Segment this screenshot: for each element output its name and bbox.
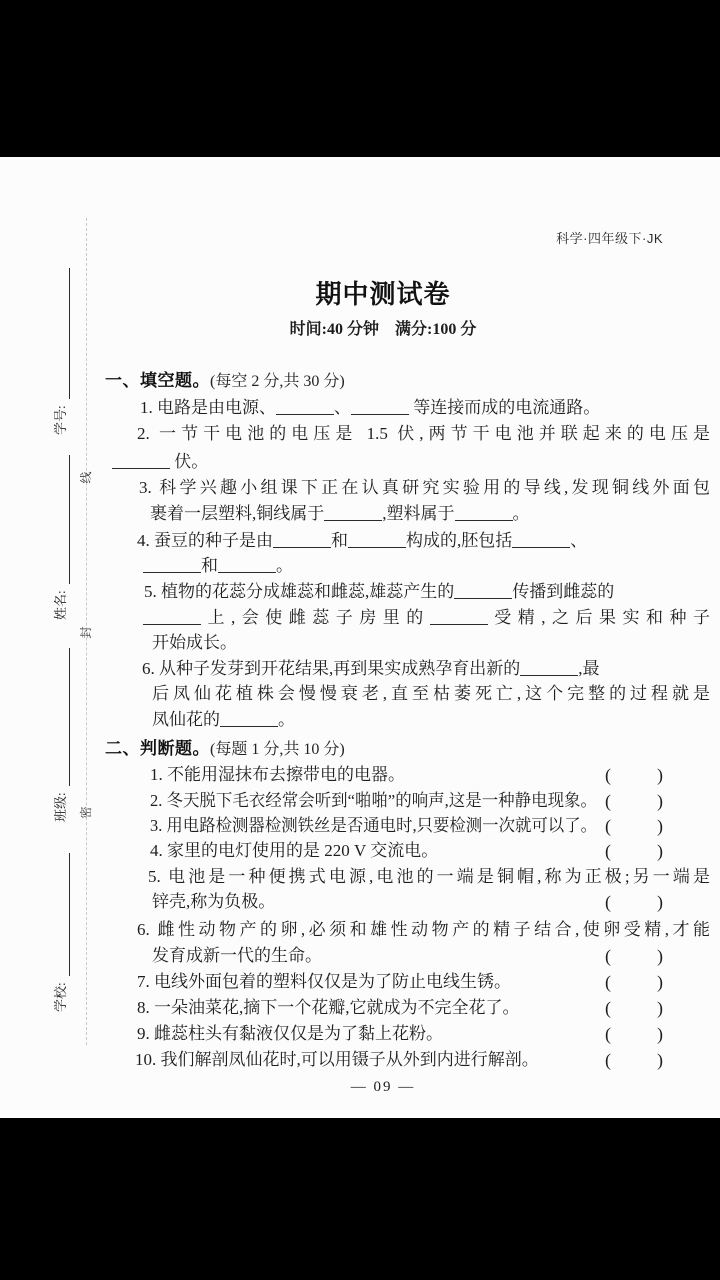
judgement-answer-bracket: () <box>605 762 663 788</box>
question-text: 8. 一朵油菜花,摘下一个花瓣,它就成为不完全花了。 <box>137 998 520 1017</box>
question-text: 后凤仙花植株会慢慢衰老,直至枯萎死亡,这个完整的过程就是 <box>152 684 710 703</box>
bracket-open: ( <box>605 995 611 1021</box>
exam-line: 一、填空题。(每空 2 分,共 30 分) <box>105 368 345 394</box>
exam-meta: 时间:40 分钟 满分:100 分 <box>46 320 720 340</box>
line-content: 上,会使雌蕊子房里的受精,之后果实和种子 <box>143 608 710 627</box>
fill-in-blank <box>512 533 570 548</box>
exam-line: 5. 电池是一种便携式电源,电池的一端是铜帽,称为正极;另一端是 <box>148 864 710 890</box>
fill-in-blank <box>112 454 170 469</box>
question-text: 。 <box>513 504 530 523</box>
margin-field-student-no: 学号: <box>50 268 70 435</box>
bracket-open: ( <box>605 969 611 995</box>
line-content: 7. 电线外面包着的塑料仅仅是为了防止电线生锈。 <box>137 972 511 991</box>
margin-field-label: 学号: <box>52 405 70 435</box>
exam-title: 期中测试卷 <box>46 281 720 309</box>
fill-in-blank <box>324 506 382 521</box>
section-score-note: (每题 1 分,共 10 分) <box>210 741 345 758</box>
question-text: 和 <box>331 531 348 550</box>
exam-line: 10. 我们解剖凤仙花时,可以用镊子从外到内进行解剖。() <box>135 1047 663 1073</box>
letterbox-top <box>0 0 720 157</box>
line-content: 开始成长。 <box>152 633 237 652</box>
line-content: 4. 家里的电灯使用的是 220 V 交流电。 <box>150 841 438 860</box>
line-content: 4. 蚕豆的种子是由和构成的,胚包括、 <box>137 528 587 554</box>
exam-line: 6. 从种子发芽到开花结果,再到果实成熟孕育出新的,最 <box>142 656 710 682</box>
question-text: 2. 一节干电池的电压是 1.5 伏,两节干电池并联起来的电压是 <box>137 424 710 443</box>
fill-in-blank <box>143 558 201 573</box>
exam-line: 4. 家里的电灯使用的是 220 V 交流电。() <box>150 838 663 864</box>
exam-line: 2. 冬天脱下毛衣经常会听到“啪啪”的响声,这是一种静电现象。() <box>150 788 663 814</box>
exam-line: 后凤仙花植株会慢慢衰老,直至枯萎死亡,这个完整的过程就是 <box>152 681 710 707</box>
bracket-close: ) <box>657 813 663 839</box>
fill-in-blank <box>351 400 409 415</box>
question-text: 1. 不能用湿抹布去擦带电的电器。 <box>150 765 405 784</box>
question-text: 2. 冬天脱下毛衣经常会听到“啪啪”的响声,这是一种静电现象。 <box>150 791 597 810</box>
question-text: 凤仙花的 <box>152 710 220 729</box>
question-text: 传播到雌蕊的 <box>512 582 614 601</box>
seal-char-feng: 封 <box>78 624 95 641</box>
line-content: 6. 从种子发芽到开花结果,再到果实成熟孕育出新的,最 <box>142 656 599 682</box>
margin-field-name: 姓名: <box>50 455 70 620</box>
question-text: 和 <box>201 556 218 575</box>
question-text: 6. 从种子发芽到开花结果,再到果实成熟孕育出新的 <box>142 659 520 678</box>
line-content: 2. 一节干电池的电压是 1.5 伏,两节干电池并联起来的电压是 <box>137 424 710 443</box>
judgement-answer-bracket: () <box>605 1047 663 1073</box>
fill-in-blank <box>454 584 512 599</box>
question-text: 等连接而成的电流通路。 <box>409 398 600 417</box>
question-text: ,最 <box>578 659 599 678</box>
line-content: 锌壳,称为负极。 <box>152 892 275 911</box>
question-text: 构成的,胚包括 <box>406 531 512 550</box>
question-text: 9. 雌蕊柱头有黏液仅仅是为了黏上花粉。 <box>137 1024 443 1043</box>
fill-in-blank <box>348 533 406 548</box>
exam-line: 3. 用电路检测器检测铁丝是否通电时,只要检测一次就可以了。() <box>150 813 663 839</box>
question-text: 1. 电路是由电源、 <box>140 398 276 417</box>
question-text: 4. 家里的电灯使用的是 220 V 交流电。 <box>150 841 438 860</box>
section-score-note: (每空 2 分,共 30 分) <box>210 373 345 390</box>
fill-in-blank <box>218 558 276 573</box>
question-text: 5. 电池是一种便携式电源,电池的一端是铜帽,称为正极;另一端是 <box>148 867 710 886</box>
phone-screen: 科学·四年级下·JK 期中测试卷 时间:40 分钟 满分:100 分 — 09 … <box>0 0 720 1280</box>
question-text: 发育成新一代的生命。 <box>152 946 322 965</box>
question-text: 4. 蚕豆的种子是由 <box>137 531 273 550</box>
exam-line: 8. 一朵油菜花,摘下一个花瓣,它就成为不完全花了。() <box>137 995 663 1021</box>
exam-line: 发育成新一代的生命。() <box>152 943 663 969</box>
edition-header: 科学·四年级下·JK <box>556 228 663 247</box>
line-content: 6. 雌性动物产的卵,必须和雄性动物产的精子结合,使卵受精,才能 <box>137 920 710 939</box>
question-text: 7. 电线外面包着的塑料仅仅是为了防止电线生锈。 <box>137 972 511 991</box>
exam-line: 裹着一层塑料,铜线属于,塑料属于。 <box>150 501 530 527</box>
question-text: 裹着一层塑料,铜线属于 <box>150 504 324 523</box>
binding-blank-line <box>52 853 70 976</box>
exam-line: 锌壳,称为负极。() <box>152 889 663 915</box>
bracket-close: ) <box>657 762 663 788</box>
question-text: 。 <box>276 556 293 575</box>
exam-line: 6. 雌性动物产的卵,必须和雄性动物产的精子结合,使卵受精,才能 <box>137 917 710 943</box>
line-content: 5. 电池是一种便携式电源,电池的一端是铜帽,称为正极;另一端是 <box>148 867 710 886</box>
bracket-close: ) <box>657 995 663 1021</box>
line-content: 二、判断题。(每题 1 分,共 10 分) <box>105 739 345 758</box>
binding-blank-line <box>52 648 70 786</box>
exam-line: 二、判断题。(每题 1 分,共 10 分) <box>105 736 345 762</box>
bracket-close: ) <box>657 943 663 969</box>
line-content: 3. 用电路检测器检测铁丝是否通电时,只要检测一次就可以了。 <box>150 813 597 839</box>
bracket-open: ( <box>605 813 611 839</box>
line-content: 和。 <box>143 556 293 575</box>
section-heading-label: 一、填空题。 <box>105 371 210 390</box>
question-text: 受精,之后果实和种子 <box>488 608 710 627</box>
exam-line: 9. 雌蕊柱头有黏液仅仅是为了黏上花粉。() <box>137 1021 663 1047</box>
judgement-answer-bracket: () <box>605 838 663 864</box>
exam-line: 和。 <box>143 553 293 579</box>
line-content: 裹着一层塑料,铜线属于,塑料属于。 <box>150 504 530 523</box>
judgement-answer-bracket: () <box>605 969 663 995</box>
question-text: ,塑料属于 <box>382 504 454 523</box>
line-content: 发育成新一代的生命。 <box>152 946 322 965</box>
binding-blank-line <box>52 268 70 399</box>
fill-in-blank <box>220 712 278 727</box>
exam-line: 5. 植物的花蕊分成雄蕊和雌蕊,雄蕊产生的传播到雌蕊的 <box>144 579 710 605</box>
exam-line: 开始成长。 <box>152 630 237 656</box>
letterbox-bottom <box>0 1118 720 1280</box>
question-text: 伏。 <box>170 452 208 471</box>
page-number: — 09 — <box>46 1079 720 1096</box>
binding-blank-line <box>52 455 70 584</box>
bracket-open: ( <box>605 943 611 969</box>
fill-in-blank <box>520 661 578 676</box>
section-heading-label: 二、判断题。 <box>105 739 210 758</box>
question-text: 3. 用电路检测器检测铁丝是否通电时,只要检测一次就可以了。 <box>150 816 597 835</box>
line-content: 2. 冬天脱下毛衣经常会听到“啪啪”的响声,这是一种静电现象。 <box>150 788 597 814</box>
question-text: 开始成长。 <box>152 633 237 652</box>
judgement-answer-bracket: () <box>605 943 663 969</box>
exam-line: 上,会使雌蕊子房里的受精,之后果实和种子 <box>143 605 710 631</box>
line-content: 一、填空题。(每空 2 分,共 30 分) <box>105 371 345 390</box>
question-text: 6. 雌性动物产的卵,必须和雄性动物产的精子结合,使卵受精,才能 <box>137 920 710 939</box>
exam-line: 凤仙花的。 <box>152 707 295 733</box>
judgement-answer-bracket: () <box>605 889 663 915</box>
exam-line: 1. 电路是由电源、、 等连接而成的电流通路。 <box>140 395 600 421</box>
exam-line: 7. 电线外面包着的塑料仅仅是为了防止电线生锈。() <box>137 969 663 995</box>
fill-in-blank <box>273 533 331 548</box>
margin-field-school: 学校: <box>50 853 70 1012</box>
question-text: 、 <box>570 531 587 550</box>
line-content: 凤仙花的。 <box>152 710 295 729</box>
bracket-close: ) <box>657 1021 663 1047</box>
seal-char-line: 线 <box>78 469 95 486</box>
question-text: 锌壳,称为负极。 <box>152 892 275 911</box>
bracket-open: ( <box>605 1021 611 1047</box>
fill-in-blank <box>143 610 201 625</box>
fill-in-blank <box>276 400 334 415</box>
exam-line: 3. 科学兴趣小组课下正在认真研究实验用的导线,发现铜线外面包 <box>139 475 710 501</box>
exam-line: 2. 一节干电池的电压是 1.5 伏,两节干电池并联起来的电压是 <box>137 421 710 447</box>
line-content: 9. 雌蕊柱头有黏液仅仅是为了黏上花粉。 <box>137 1024 443 1043</box>
question-text: 上,会使雌蕊子房里的 <box>201 608 430 627</box>
bracket-close: ) <box>657 889 663 915</box>
line-content: 3. 科学兴趣小组课下正在认真研究实验用的导线,发现铜线外面包 <box>139 478 710 497</box>
exam-line: 伏。 <box>112 449 208 475</box>
bracket-open: ( <box>605 762 611 788</box>
line-content: 8. 一朵油菜花,摘下一个花瓣,它就成为不完全花了。 <box>137 998 520 1017</box>
judgement-answer-bracket: () <box>605 1021 663 1047</box>
line-content: 1. 电路是由电源、、 等连接而成的电流通路。 <box>140 398 600 417</box>
bracket-close: ) <box>657 838 663 864</box>
margin-field-label: 学校: <box>52 982 70 1012</box>
question-text: 。 <box>278 710 295 729</box>
line-content: 后凤仙花植株会慢慢衰老,直至枯萎死亡,这个完整的过程就是 <box>152 684 710 703</box>
line-content: 5. 植物的花蕊分成雄蕊和雌蕊,雄蕊产生的传播到雌蕊的 <box>144 579 614 605</box>
exam-line: 1. 不能用湿抹布去擦带电的电器。() <box>150 762 663 788</box>
judgement-answer-bracket: () <box>605 788 663 814</box>
exam-line: 4. 蚕豆的种子是由和构成的,胚包括、 <box>137 528 710 554</box>
bracket-close: ) <box>657 788 663 814</box>
margin-field-class: 班级: <box>50 648 70 822</box>
seal-char-mi: 密 <box>78 804 95 821</box>
bracket-open: ( <box>605 838 611 864</box>
judgement-answer-bracket: () <box>605 813 663 839</box>
line-content: 1. 不能用湿抹布去擦带电的电器。 <box>150 765 405 784</box>
line-content: 伏。 <box>112 452 208 471</box>
fill-in-blank <box>455 506 513 521</box>
bracket-open: ( <box>605 889 611 915</box>
fill-in-blank <box>430 610 488 625</box>
bracket-open: ( <box>605 788 611 814</box>
bracket-open: ( <box>605 1047 611 1073</box>
question-text: 3. 科学兴趣小组课下正在认真研究实验用的导线,发现铜线外面包 <box>139 478 710 497</box>
judgement-answer-bracket: () <box>605 995 663 1021</box>
question-text: 10. 我们解剖凤仙花时,可以用镊子从外到内进行解剖。 <box>135 1050 539 1069</box>
margin-field-label: 班级: <box>52 792 70 822</box>
line-content: 10. 我们解剖凤仙花时,可以用镊子从外到内进行解剖。 <box>135 1050 539 1069</box>
question-text: 5. 植物的花蕊分成雄蕊和雌蕊,雄蕊产生的 <box>144 582 454 601</box>
bracket-close: ) <box>657 969 663 995</box>
bracket-close: ) <box>657 1047 663 1073</box>
margin-field-label: 姓名: <box>52 590 70 620</box>
question-text: 、 <box>334 398 351 417</box>
